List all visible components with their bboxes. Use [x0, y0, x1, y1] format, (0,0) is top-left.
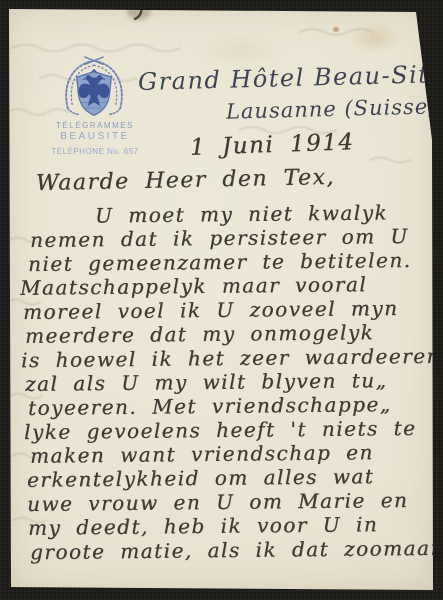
scan-backdrop: TÉLÉGRAMMES BEAUSITE TÉLÉPHONE No. 657 G… [0, 0, 443, 600]
double-headed-eagle-crest-icon [54, 54, 134, 122]
letter-line: groote matie, als ik dat zoomaar [30, 536, 442, 564]
letter-line: maken want vriendschap en [30, 440, 374, 468]
paper-stain-dot [333, 27, 339, 32]
pin-hole-mark [124, 0, 154, 26]
telephone-number: TÉLÉPHONE No. 657 [20, 147, 170, 156]
letter-line: toyeeren. Met vriendschappe„ [28, 392, 392, 420]
letter-page: TÉLÉGRAMMES BEAUSITE TÉLÉPHONE No. 657 G… [0, 0, 443, 600]
letter-line: erkentelykheid om alles wat [27, 464, 375, 492]
letter-line: U moet my niet kwalyk [95, 200, 388, 227]
telegrams-label: TÉLÉGRAMMES [20, 121, 170, 130]
paper-stain [338, 16, 412, 60]
letter-line: Maatschappelyk maar vooral [20, 272, 367, 300]
letter-line: my deedt, heb ik voor U in [28, 512, 378, 540]
letter-line: meerdere dat my onmogelyk [25, 320, 374, 348]
telegrams-name: BEAUSITE [20, 131, 170, 142]
